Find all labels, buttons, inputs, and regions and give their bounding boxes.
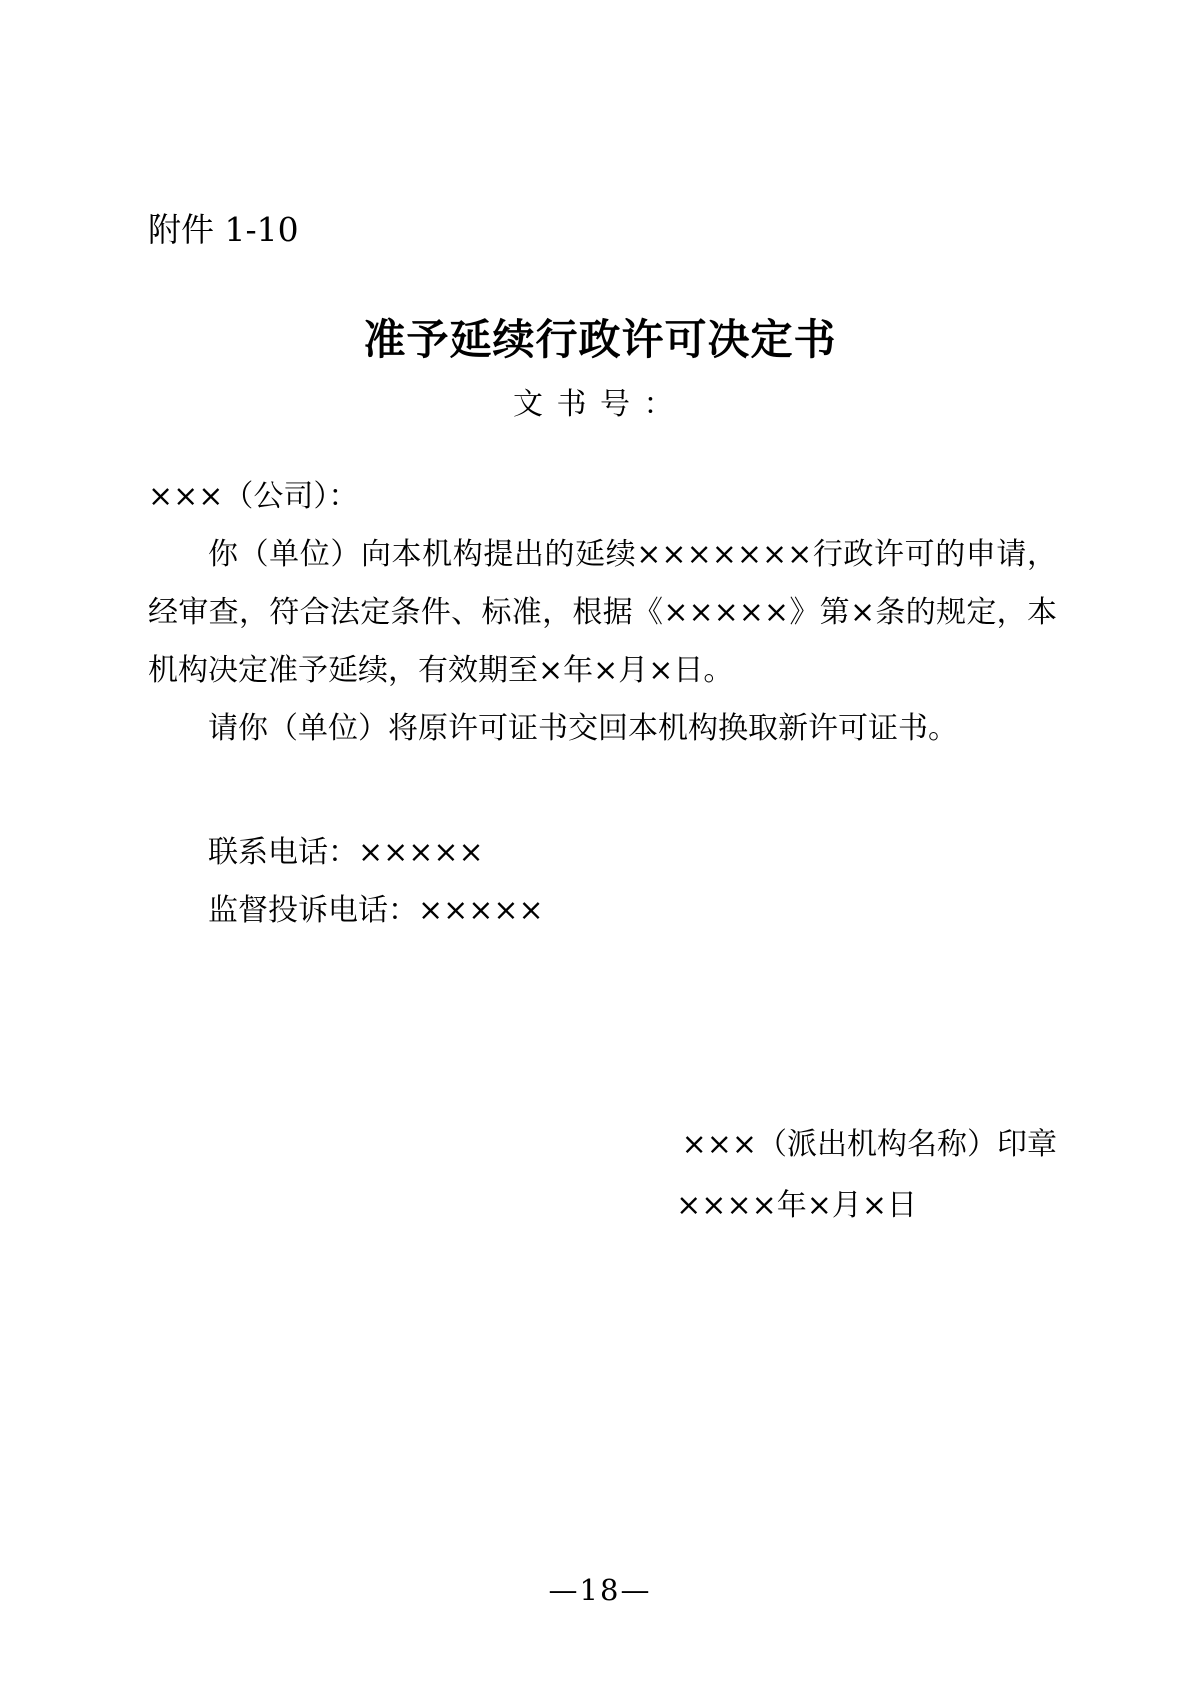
body-paragraph-1: 你（单位）向本机构提出的延续×××××××行政许可的申请，经审查，符合法定条件、…: [148, 526, 1057, 700]
page-number: —18—: [0, 1572, 1200, 1608]
body-paragraph-2: 请你（单位）将原许可证书交回本机构换取新许可证书。: [148, 700, 1057, 758]
phone-lines: 联系电话：××××× 监督投诉电话：×××××: [148, 824, 1057, 940]
signature-date-line: ××××年×月×日: [676, 1177, 1057, 1235]
document-page: 附件 1-10 准予延续行政许可决定书 文书号： ×××（公司）： 你（单位）向…: [0, 0, 1200, 1696]
document-body: ×××（公司）： 你（单位）向本机构提出的延续×××××××行政许可的申请，经审…: [148, 468, 1057, 940]
issuer-seal-line: ×××（派出机构名称）印章: [676, 1116, 1057, 1174]
doc-number-label: 文书号：: [0, 386, 1200, 424]
salutation-line: ×××（公司）：: [148, 468, 1057, 526]
attachment-label: 附件 1-10: [148, 210, 299, 250]
complaint-phone-line: 监督投诉电话：×××××: [148, 882, 1057, 940]
contact-phone-line: 联系电话：×××××: [148, 824, 1057, 882]
signature-block: ×××（派出机构名称）印章 ××××年×月×日: [676, 1116, 1057, 1235]
page-title: 准予延续行政许可决定书: [0, 312, 1200, 368]
